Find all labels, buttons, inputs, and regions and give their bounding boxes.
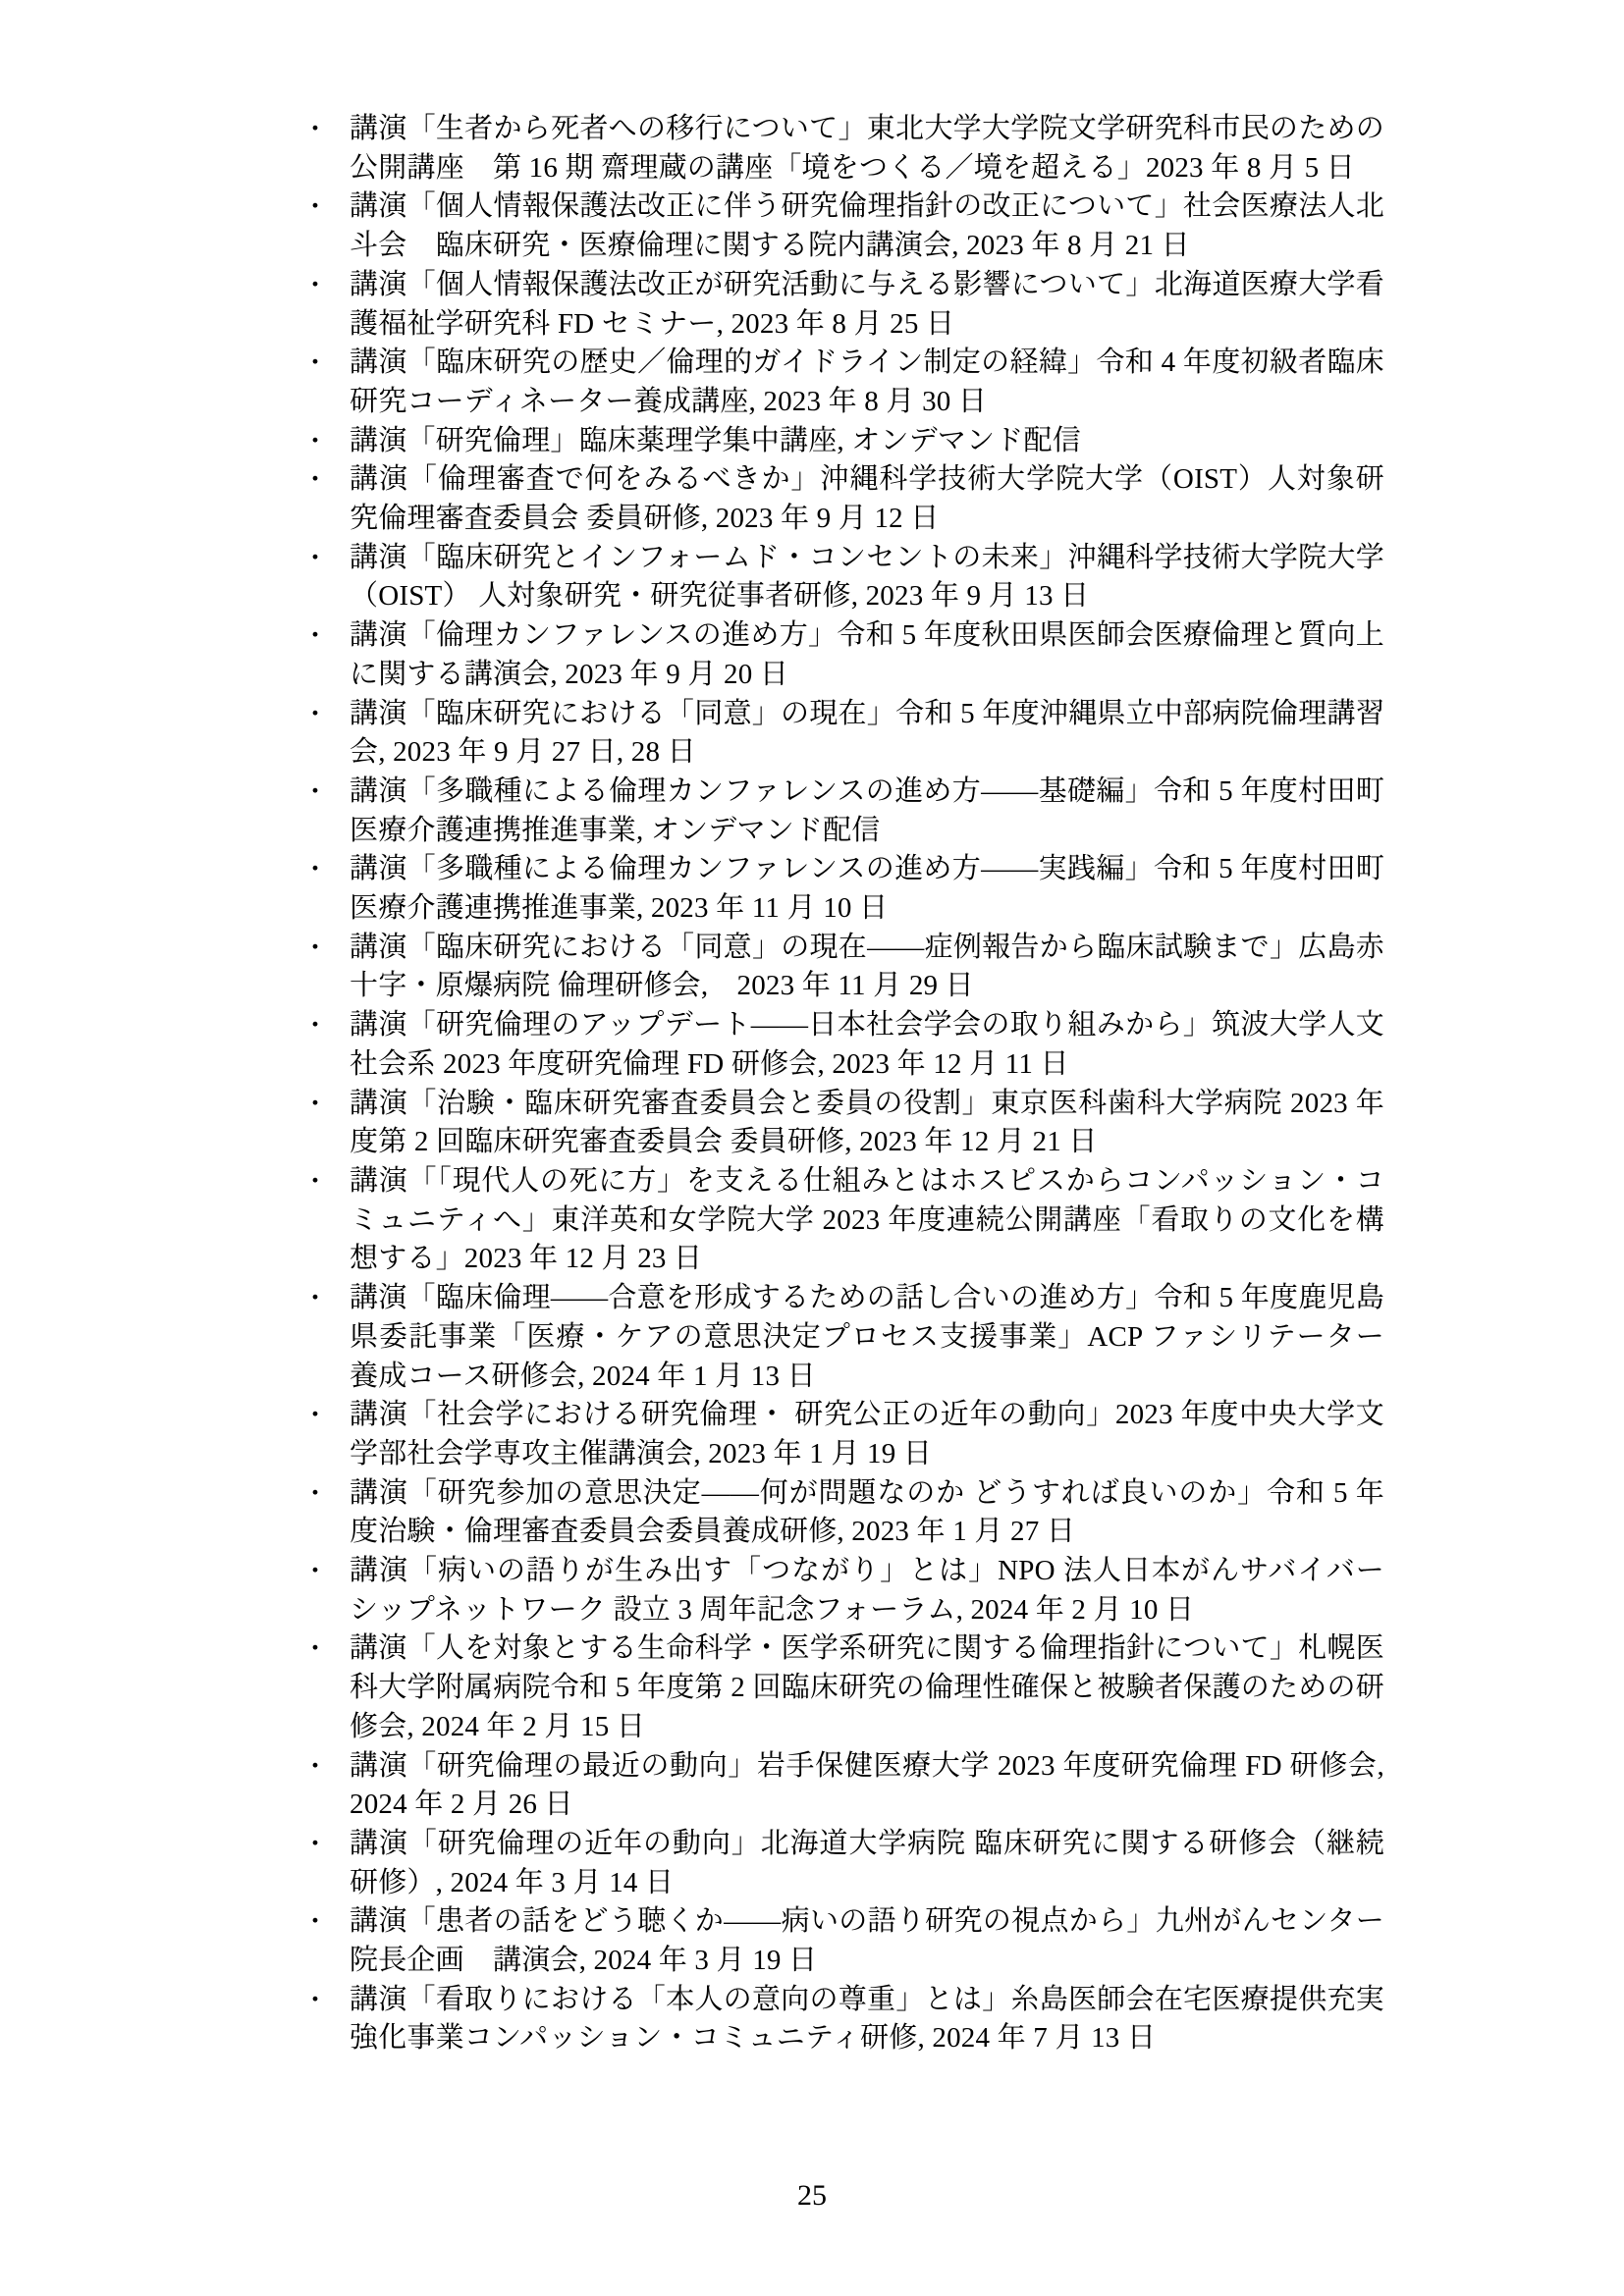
- list-item: ・講演「臨床研究の歴史／倫理的ガイドライン制定の経緯」令和 4 年度初級者臨床研…: [302, 344, 1384, 421]
- bullet-icon: ・: [302, 1396, 332, 1435]
- list-item: ・講演「人を対象とする生命科学・医学系研究に関する倫理指針について」札幌医科大学…: [302, 1629, 1384, 1746]
- lecture-entry-text: 講演「臨床研究における「同意」の現在」令和 5 年度沖縄県立中部病院倫理講習会,…: [350, 698, 1384, 769]
- bullet-icon: ・: [302, 850, 332, 889]
- list-item: ・講演「臨床研究とインフォームド・コンセントの未来」沖縄科学技術大学院大学（OI…: [302, 539, 1384, 616]
- list-item: ・講演「治験・臨床研究審査委員会と委員の役割」東京医科歯科大学病院 2023 年…: [302, 1085, 1384, 1162]
- list-item: ・講演「生者から死者への移行について」東北大学大学院文学研究科市民のための公開講…: [302, 110, 1384, 187]
- lecture-entry-text: 講演「臨床研究の歴史／倫理的ガイドライン制定の経緯」令和 4 年度初級者臨床研究…: [350, 347, 1384, 417]
- lecture-entry-text: 講演「臨床研究とインフォームド・コンセントの未来」沖縄科学技術大学院大学（OIS…: [350, 542, 1384, 613]
- bullet-icon: ・: [302, 422, 332, 461]
- bullet-icon: ・: [302, 344, 332, 383]
- list-item: ・講演「臨床倫理――合意を形成するための話し合いの進め方」令和 5 年度鹿児島県…: [302, 1279, 1384, 1396]
- list-item: ・講演「病いの語りが生み出す「つながり」とは」NPO 法人日本がんサバイバーシッ…: [302, 1552, 1384, 1629]
- bullet-icon: ・: [302, 187, 332, 227]
- list-item: ・講演「臨床研究における「同意」の現在」令和 5 年度沖縄県立中部病院倫理講習会…: [302, 695, 1384, 773]
- list-item: ・講演「個人情報保護法改正が研究活動に与える影響について」北海道医療大学看護福祉…: [302, 266, 1384, 344]
- lecture-entry-text: 講演「社会学における研究倫理・ 研究公正の近年の動向」2023 年度中央大学文学…: [350, 1399, 1384, 1469]
- list-item: ・講演「多職種による倫理カンファレンスの進め方――基礎編」令和 5 年度村田町医…: [302, 773, 1384, 850]
- bullet-icon: ・: [302, 1006, 332, 1045]
- list-item: ・講演「研究倫理のアップデート――日本社会学会の取り組みから」筑波大学人文社会系…: [302, 1006, 1384, 1084]
- lecture-entry-text: 講演「多職種による倫理カンファレンスの進め方――実践編」令和 5 年度村田町医療…: [350, 853, 1384, 924]
- bullet-icon: ・: [302, 460, 332, 500]
- lecture-entry-text: 講演「患者の話をどう聴くか――病いの語り研究の視点から」九州がんセンター院長企画…: [350, 1905, 1384, 1976]
- list-item: ・講演「倫理審査で何をみるべきか」沖縄科学技術大学院大学（OIST）人対象研究倫…: [302, 460, 1384, 538]
- lecture-entry-text: 講演「「現代人の死に方」を支える仕組みとはホスピスからコンパッション・コミュニテ…: [350, 1165, 1384, 1274]
- lecture-entry-text: 講演「研究倫理のアップデート――日本社会学会の取り組みから」筑波大学人文社会系 …: [350, 1009, 1384, 1080]
- lecture-entry-text: 講演「研究倫理の近年の動向」北海道大学病院 臨床研究に関する研修会（継続研修）,…: [350, 1828, 1384, 1898]
- bullet-icon: ・: [302, 1474, 332, 1514]
- list-item: ・講演「個人情報保護法改正に伴う研究倫理指針の改正について」社会医療法人北斗会 …: [302, 187, 1384, 265]
- lecture-entry-text: 講演「看取りにおける「本人の意向の尊重」とは」糸島医師会在宅医療提供充実強化事業…: [350, 1984, 1384, 2055]
- bullet-icon: ・: [302, 1085, 332, 1124]
- page-number: 25: [0, 2179, 1624, 2213]
- list-item: ・講演「社会学における研究倫理・ 研究公正の近年の動向」2023 年度中央大学文…: [302, 1396, 1384, 1473]
- bullet-icon: ・: [302, 1747, 332, 1787]
- list-item: ・講演「倫理カンファレンスの進め方」令和 5 年度秋田県医師会医療倫理と質向上に…: [302, 616, 1384, 694]
- list-item: ・講演「臨床研究における「同意」の現在――症例報告から臨床試験まで」広島赤十字・…: [302, 929, 1384, 1006]
- document-page: ・講演「生者から死者への移行について」東北大学大学院文学研究科市民のための公開講…: [0, 0, 1624, 2296]
- bullet-icon: ・: [302, 1902, 332, 1942]
- bullet-icon: ・: [302, 110, 332, 149]
- bullet-icon: ・: [302, 1279, 332, 1318]
- lecture-entry-text: 講演「病いの語りが生み出す「つながり」とは」NPO 法人日本がんサバイバーシップ…: [350, 1555, 1384, 1626]
- lecture-entry-text: 講演「治験・臨床研究審査委員会と委員の役割」東京医科歯科大学病院 2023 年度…: [350, 1088, 1384, 1158]
- lecture-entry-text: 講演「個人情報保護法改正が研究活動に与える影響について」北海道医療大学看護福祉学…: [350, 269, 1384, 340]
- lecture-entry-text: 講演「研究参加の意思決定――何が問題なのか どうすれば良いのか」令和 5 年度治…: [350, 1477, 1384, 1548]
- bullet-icon: ・: [302, 266, 332, 305]
- bullet-icon: ・: [302, 1552, 332, 1591]
- lecture-entry-text: 講演「臨床研究における「同意」の現在――症例報告から臨床試験まで」広島赤十字・原…: [350, 932, 1384, 1002]
- bullet-icon: ・: [302, 929, 332, 968]
- bullet-icon: ・: [302, 695, 332, 734]
- lecture-entry-text: 講演「倫理審査で何をみるべきか」沖縄科学技術大学院大学（OIST）人対象研究倫理…: [350, 463, 1384, 534]
- bullet-icon: ・: [302, 1981, 332, 2020]
- bullet-icon: ・: [302, 1825, 332, 1864]
- bullet-icon: ・: [302, 616, 332, 656]
- lecture-entry-text: 講演「研究倫理の最近の動向」岩手保健医療大学 2023 年度研究倫理 FD 研修…: [350, 1750, 1384, 1821]
- bullet-icon: ・: [302, 773, 332, 812]
- list-item: ・講演「研究倫理の最近の動向」岩手保健医療大学 2023 年度研究倫理 FD 研…: [302, 1747, 1384, 1825]
- lecture-entry-text: 講演「個人情報保護法改正に伴う研究倫理指針の改正について」社会医療法人北斗会 臨…: [350, 190, 1384, 261]
- list-item: ・講演「看取りにおける「本人の意向の尊重」とは」糸島医師会在宅医療提供充実強化事…: [302, 1981, 1384, 2058]
- list-item: ・講演「研究倫理の近年の動向」北海道大学病院 臨床研究に関する研修会（継続研修）…: [302, 1825, 1384, 1902]
- lecture-entry-text: 講演「多職種による倫理カンファレンスの進め方――基礎編」令和 5 年度村田町医療…: [350, 775, 1384, 846]
- list-item: ・講演「多職種による倫理カンファレンスの進め方――実践編」令和 5 年度村田町医…: [302, 850, 1384, 928]
- bullet-icon: ・: [302, 1629, 332, 1669]
- lecture-entry-text: 講演「生者から死者への移行について」東北大学大学院文学研究科市民のための公開講座…: [350, 113, 1384, 184]
- lecture-entry-text: 講演「研究倫理」臨床薬理学集中講座, オンデマンド配信: [350, 425, 1081, 456]
- bullet-icon: ・: [302, 539, 332, 578]
- list-item: ・講演「「現代人の死に方」を支える仕組みとはホスピスからコンパッション・コミュニ…: [302, 1162, 1384, 1279]
- list-item: ・講演「研究参加の意思決定――何が問題なのか どうすれば良いのか」令和 5 年度…: [302, 1474, 1384, 1552]
- lecture-entry-text: 講演「臨床倫理――合意を形成するための話し合いの進め方」令和 5 年度鹿児島県委…: [350, 1282, 1384, 1391]
- lecture-list: ・講演「生者から死者への移行について」東北大学大学院文学研究科市民のための公開講…: [302, 110, 1384, 2058]
- list-item: ・講演「患者の話をどう聴くか――病いの語り研究の視点から」九州がんセンター院長企…: [302, 1902, 1384, 1980]
- bullet-icon: ・: [302, 1162, 332, 1201]
- lecture-entry-text: 講演「人を対象とする生命科学・医学系研究に関する倫理指針について」札幌医科大学附…: [350, 1632, 1384, 1741]
- lecture-entry-text: 講演「倫理カンファレンスの進め方」令和 5 年度秋田県医師会医療倫理と質向上に関…: [350, 619, 1384, 690]
- list-item: ・講演「研究倫理」臨床薬理学集中講座, オンデマンド配信: [302, 422, 1384, 461]
